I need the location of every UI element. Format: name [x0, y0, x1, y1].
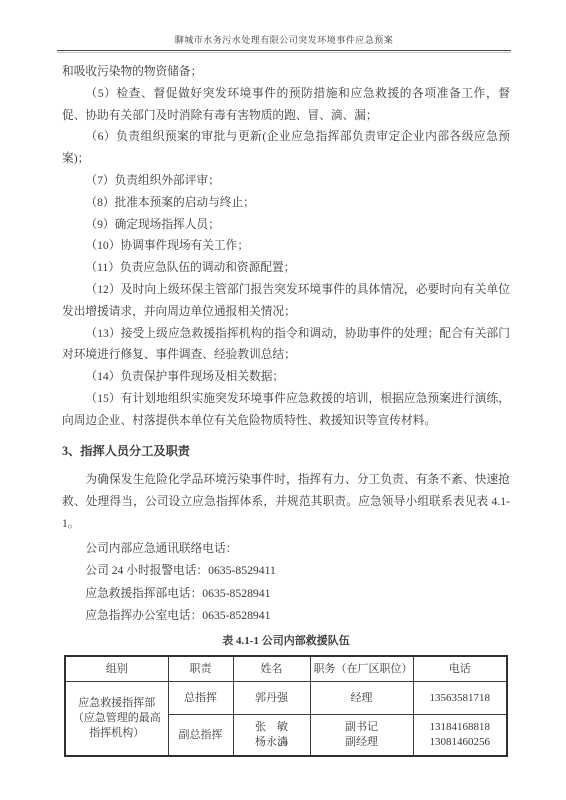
duty-item-7: （7）负责组织外部评审；: [62, 170, 510, 192]
header-duty: 职责: [168, 656, 233, 682]
contact-line-office: 应急指挥办公室电话：0635-8528941: [62, 605, 510, 627]
duty-item-5: （5）检查、督促做好突发环境事件的预防措施和应急救援的各项准备工作，督促、协助有…: [62, 83, 510, 127]
duty-item-10: （10）协调事件现场有关工作；: [62, 235, 510, 257]
duty-item-8: （8）批准本预案的启动与终止；: [62, 192, 510, 214]
cell-name: 郭丹强: [233, 682, 310, 715]
document-page: 聊城市水务污水处理有限公司突发环境事件应急预案 和吸收污染物的物资储备； （5）…: [0, 0, 566, 800]
name-line: 张 敏: [237, 720, 307, 735]
duty-item-15: （15）有计划地组织实施突发环境事件应急救援的培训，根据应急预案进行演练，向周边…: [62, 388, 510, 432]
cell-name: 张 敏 杨永清: [233, 715, 310, 757]
table-header-row: 组别 职责 姓名 职务（在厂区职位） 电话: [65, 656, 507, 682]
paragraph-continuation: 和吸收污染物的物资储备；: [62, 61, 510, 83]
contact-phone-block: 公司内部应急通讯联络电话： 公司 24 小时报警电话：0635-8529411 …: [62, 538, 510, 628]
header-name: 姓名: [233, 656, 310, 682]
duty-item-13: （13）接受上级应急救援指挥机构的指令和调动，协助事件的处理；配合有关部门对环境…: [62, 323, 510, 367]
document-body: 和吸收污染物的物资储备； （5）检查、督促做好突发环境事件的预防措施和应急救援的…: [62, 61, 510, 757]
cell-duty: 总指挥: [168, 682, 233, 715]
table-caption: 表 4.1-1 公司内部救援队伍: [62, 634, 510, 649]
contact-line-command: 应急救援指挥部电话：0635-8528941: [62, 583, 510, 605]
duty-item-6: （6）负责组织预案的审批与更新(企业应急指挥部负责审定企业内部各级应急预案)；: [62, 126, 510, 170]
cell-phone: 13563581718: [413, 682, 507, 715]
section-heading: 3、指挥人员分工及职责: [62, 441, 510, 463]
phone-line: 13184168818: [417, 720, 504, 735]
header-position: 职务（在厂区职位）: [310, 656, 413, 682]
duty-item-14: （14）负责保护事件现场及相关数据；: [62, 366, 510, 388]
contact-line-alarm: 公司 24 小时报警电话：0635-8529411: [62, 560, 510, 582]
cell-position: 副书记 副经理: [310, 715, 413, 757]
page-number: 20: [0, 739, 566, 749]
contact-line-intro: 公司内部应急通讯联络电话：: [62, 538, 510, 560]
duty-item-9: （9）确定现场指挥人员；: [62, 214, 510, 236]
table-row: 应急救援指挥部（应急管理的最高指挥机构） 总指挥 郭丹强 经理 13563581…: [65, 682, 507, 715]
position-line: 副书记: [314, 720, 410, 735]
cell-position: 经理: [310, 682, 413, 715]
page-header-title: 聊城市水务污水处理有限公司突发环境事件应急预案: [57, 34, 511, 51]
duty-item-12: （12）及时向上级环保主管部门报告突发环境事件的具体情况，必要时向有关单位发出增…: [62, 279, 510, 323]
duty-item-11: （11）负责应急队伍的调动和资源配置；: [62, 257, 510, 279]
header-group: 组别: [65, 656, 168, 682]
cell-duty: 副总指挥: [168, 715, 233, 757]
header-phone: 电话: [413, 656, 507, 682]
section-paragraph: 为确保发生危险化学品环境污染事件时，指挥有力、分工负责、有条不紊、快速抢救、处理…: [62, 469, 510, 534]
cell-phone: 13184168818 13081460256: [413, 715, 507, 757]
